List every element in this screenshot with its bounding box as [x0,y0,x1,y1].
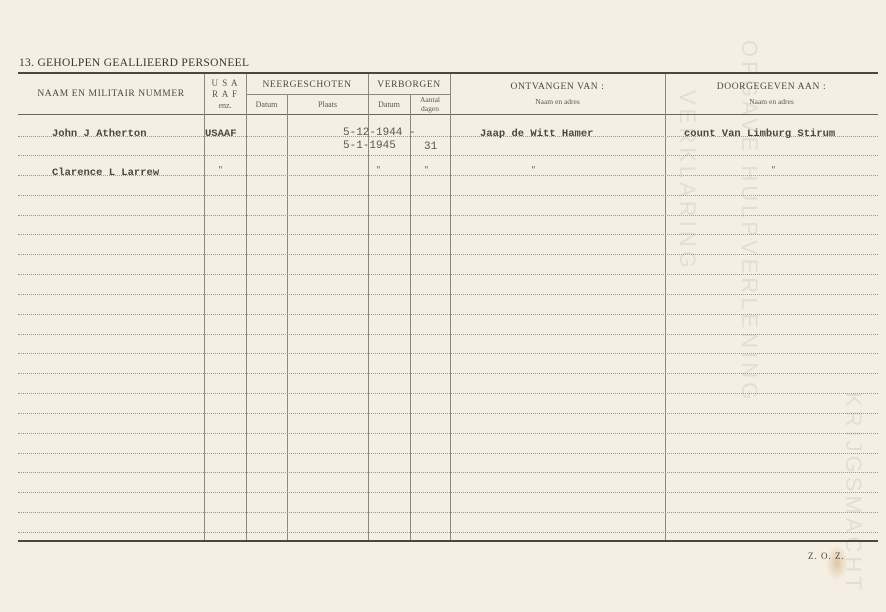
header-passed-to: DOORGEGEVEN AAN : [665,82,878,92]
row-line [18,512,878,513]
header-hidden: VERBORGEN [368,80,450,90]
bleed-through-text: OPGAVE HULPVERLENING [736,40,762,403]
row-hidden-date-end: 5-1-1945 [343,140,396,152]
header-received-from-sub: Naam en adres [450,97,665,106]
header-name: NAAM EN MILITAIR NUMMER [18,89,204,99]
col-divider-shot-down [246,74,247,540]
row-line [18,294,878,295]
bottom-rule [18,540,878,542]
header-hidden-days-1: Aantal [410,95,450,104]
col-divider-received [450,74,451,540]
row-line [18,254,878,255]
row-force-ditto: " [218,166,223,175]
bleed-through-text: VERKLARING [674,90,700,272]
header-received-from: ONTVANGEN VAN : [450,82,665,92]
row-line [18,274,878,275]
row-hidden-days-ditto: " [424,166,429,175]
top-rule [18,72,878,74]
row-passed-to: count Van Limburg Stirum [684,128,835,140]
header-passed-to-sub: Naam en adres [665,97,878,106]
col-divider-force [204,74,205,540]
row-hidden-date-start: 5-12-1944 - [343,127,416,139]
header-force-1: U S A [204,78,246,88]
page-turn-note: Z. O. Z. [808,551,845,561]
row-line [18,353,878,354]
row-received-from: Jaap de Witt Hamer [480,128,593,140]
section-title: 13. GEHOLPEN GEALLIEERD PERSONEEL [19,57,249,69]
row-line [18,215,878,216]
header-shot-down-date: Datum [246,100,287,109]
row-line [18,393,878,394]
row-line [18,373,878,374]
col-divider-shot-down-place [287,94,288,540]
row-line [18,334,878,335]
header-shot-down: NEERGESCHOTEN [246,80,368,90]
row-line [18,532,878,533]
col-divider-hidden-days [410,94,411,540]
header-force-3: enz. [204,101,246,110]
row-passed-to-ditto: " [771,166,776,175]
header-force-2: R A F [204,89,246,99]
row-line [18,155,878,156]
row-line [18,433,878,434]
row-hidden-days: 31 [424,141,437,153]
row-name: John J Atherton [52,128,147,140]
header-shot-down-place: Plaats [287,100,368,109]
header-hidden-date: Datum [368,100,410,109]
row-line [18,314,878,315]
header-bottom-rule [18,114,878,115]
row-line [18,453,878,454]
header-hidden-days-2: dagen [410,104,450,113]
row-force: USAAF [205,128,237,140]
row-name: Clarence L Larrew [52,167,159,179]
row-line [18,195,878,196]
row-line [18,492,878,493]
row-received-from-ditto: " [531,166,536,175]
row-line [18,413,878,414]
row-hidden-date-ditto: " [376,166,381,175]
col-divider-passed [665,74,666,540]
row-line [18,472,878,473]
row-line [18,234,878,235]
